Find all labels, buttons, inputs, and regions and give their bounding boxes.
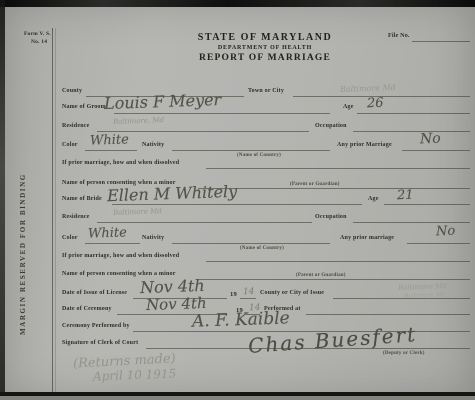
binding-rule xyxy=(52,28,53,392)
bride-nativity-caption: (Name of Country) xyxy=(240,246,284,251)
scanned-marriage-report: MARGIN RESERVED FOR BINDING Form V. S. N… xyxy=(0,0,475,400)
groom-name-label: Name of Groom xyxy=(62,104,106,110)
license-year-handwriting: 14 xyxy=(243,287,255,297)
groom-age-handwriting: 26 xyxy=(367,96,384,112)
groom-occupation-label: Occupation xyxy=(315,123,347,129)
form-code-line2: No. 14 xyxy=(31,39,47,45)
bride-consent-label: Name of person consenting when a minor xyxy=(62,271,176,277)
bride-prior-marriage-label: Any prior marriage xyxy=(340,235,394,241)
bride-age-label: Age xyxy=(368,196,379,202)
groom-nativity-caption: (Name of Country) xyxy=(237,153,281,158)
groom-name-line xyxy=(114,113,330,114)
scan-edge-left xyxy=(0,0,5,400)
groom-name-handwriting: Louis F Meyer xyxy=(104,90,222,113)
returns-date-note: April 10 1915 xyxy=(93,367,177,384)
deputy-clerk-caption: (Deputy or Clerk) xyxy=(383,351,425,356)
groom-prior-marriage-handwriting: No xyxy=(420,131,441,148)
header-department: DEPARTMENT OF HEALTH xyxy=(110,45,420,51)
groom-dissolved-label: If prior marriage, how and when dissolve… xyxy=(62,160,179,166)
groom-color-label: Color xyxy=(62,142,78,148)
header-title: REPORT OF MARRIAGE xyxy=(110,53,420,63)
bride-age-handwriting: 21 xyxy=(397,188,414,204)
groom-age-label: Age xyxy=(343,104,354,110)
performed-by-handwriting: A. F. Kaible xyxy=(192,308,290,331)
bride-name-label: Name of Bride xyxy=(62,196,102,202)
header-state: STATE OF MARYLAND xyxy=(110,32,420,43)
town-label: Town or City xyxy=(248,88,284,94)
scan-edge-top xyxy=(0,0,475,7)
form-code-line1: Form V. S. xyxy=(24,31,51,37)
bride-prior-marriage-handwriting: No xyxy=(436,224,456,240)
bride-residence-label: Residence xyxy=(62,214,89,220)
file-no-label: File No. xyxy=(388,33,410,39)
bride-name-line xyxy=(112,204,362,205)
clerk-signature-label: Signature of Clerk of Court xyxy=(62,340,138,346)
bride-dissolved-line xyxy=(206,261,470,262)
issue-place-label: County or City of Issue xyxy=(260,290,324,296)
bride-residence-handwriting: Baltimore Md xyxy=(113,207,162,217)
license-year-prefix: 19 xyxy=(230,291,237,298)
town-value-handwriting: Baltimore Md xyxy=(340,83,396,94)
groom-consent-line xyxy=(198,188,470,189)
binding-margin-note: MARGIN RESERVED FOR BINDING xyxy=(19,173,27,335)
groom-nativity-line xyxy=(172,150,330,151)
form-header: STATE OF MARYLAND DEPARTMENT OF HEALTH R… xyxy=(110,32,420,63)
bride-name-handwriting: Ellen M Whitely xyxy=(107,182,238,206)
license-year-line xyxy=(240,298,256,299)
groom-residence-line xyxy=(97,131,309,132)
performed-at-line xyxy=(306,314,470,315)
bride-nativity-line xyxy=(172,243,330,244)
bride-color-handwriting: White xyxy=(88,225,127,241)
issue-place-line xyxy=(333,298,470,299)
binding-rule-2 xyxy=(55,28,56,392)
groom-consent-caption: (Parent or Guardian) xyxy=(290,182,340,187)
bride-color-label: Color xyxy=(62,235,78,241)
groom-residence-handwriting: Baltimore, Md xyxy=(113,116,164,126)
performed-by-label: Ceremony Performed by xyxy=(62,323,130,329)
bride-consent-line xyxy=(198,279,470,280)
issue-place-handwriting-2: Baltimore Md xyxy=(404,291,446,299)
bride-prior-marriage-line xyxy=(407,243,470,244)
file-no-line xyxy=(412,41,470,42)
groom-color-line xyxy=(85,150,137,151)
bride-age-line xyxy=(384,204,470,205)
groom-occupation-line xyxy=(353,131,470,132)
groom-age-line xyxy=(357,113,470,114)
county-label: County xyxy=(62,88,82,94)
groom-prior-marriage-line xyxy=(402,150,470,151)
license-date-label: Date of Issue of License xyxy=(62,290,127,296)
groom-residence-label: Residence xyxy=(62,123,89,129)
bride-occupation-label: Occupation xyxy=(315,214,347,220)
issue-place-handwriting: Baltimore Md xyxy=(398,282,447,292)
ceremony-date-label: Date of Ceremony xyxy=(62,306,112,312)
groom-dissolved-line xyxy=(206,168,470,169)
bride-color-line xyxy=(85,243,140,244)
bride-residence-line xyxy=(97,222,312,223)
bride-nativity-label: Nativity xyxy=(142,235,164,241)
bride-dissolved-label: If prior marriage, how and when dissolve… xyxy=(62,253,179,259)
groom-prior-marriage-label: Any prior Marriage xyxy=(337,142,392,148)
groom-color-handwriting: White xyxy=(90,132,129,148)
groom-nativity-label: Nativity xyxy=(142,142,164,148)
scan-edge-bottom xyxy=(0,396,475,400)
bride-consent-caption: (Parent or Guardian) xyxy=(296,273,346,278)
